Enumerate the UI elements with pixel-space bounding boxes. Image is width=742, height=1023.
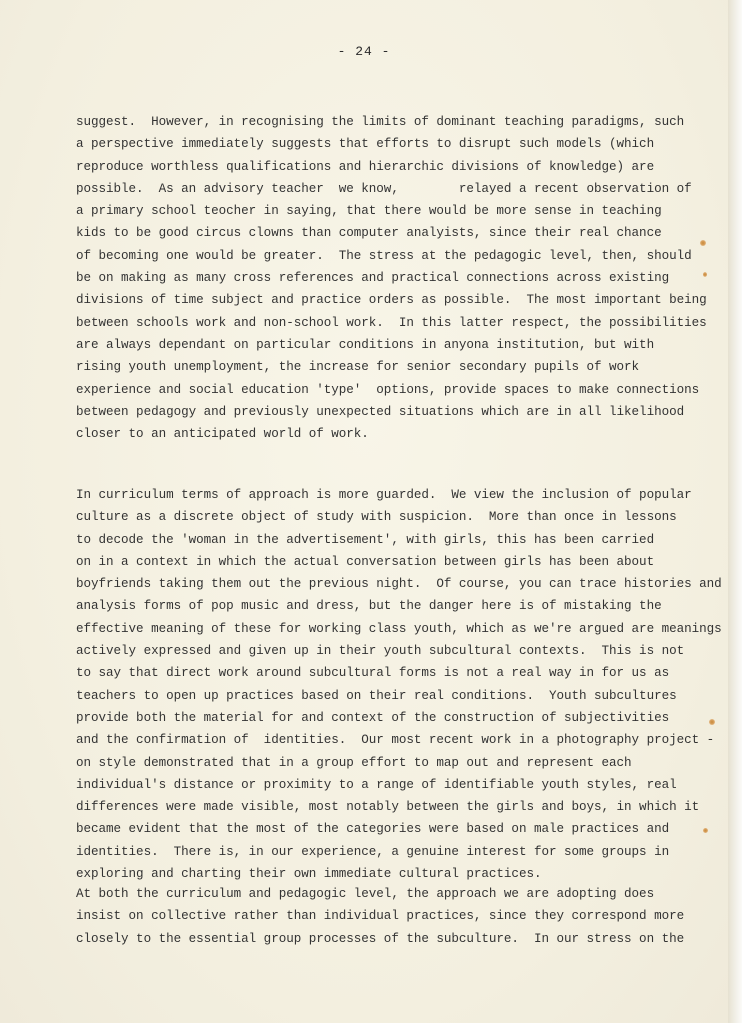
paragraph-1: suggest. However, in recognising the lim… — [76, 111, 716, 445]
text-line: closely to the essential group processes… — [76, 928, 716, 950]
text-line: insist on collective rather than individ… — [76, 905, 716, 927]
text-line: on style demonstrated that in a group ef… — [76, 752, 716, 774]
text-line: differences were made visible, most nota… — [76, 796, 716, 818]
text-line: actively expressed and given up in their… — [76, 640, 716, 662]
text-line: provide both the material for and contex… — [76, 707, 716, 729]
text-line: analysis forms of pop music and dress, b… — [76, 595, 716, 617]
text-line: divisions of time subject and practice o… — [76, 289, 716, 311]
paragraph-2: In curriculum terms of approach is more … — [76, 484, 716, 885]
paper-stain — [709, 719, 715, 725]
text-line: to decode the 'woman in the advertisemen… — [76, 529, 716, 551]
text-line: on in a context in which the actual conv… — [76, 551, 716, 573]
text-line: a primary school teocher in saying, that… — [76, 200, 716, 222]
text-line: a perspective immediately suggests that … — [76, 133, 716, 155]
text-line: to say that direct work around subcultur… — [76, 662, 716, 684]
text-line: reproduce worthless qualifications and h… — [76, 156, 716, 178]
text-line: experience and social education 'type' o… — [76, 379, 716, 401]
paper-stain — [700, 240, 706, 246]
page-number: - 24 - — [0, 44, 728, 59]
text-line: kids to be good circus clowns than compu… — [76, 222, 716, 244]
text-line: are always dependant on particular condi… — [76, 334, 716, 356]
text-line: teachers to open up practices based on t… — [76, 685, 716, 707]
paper-stain — [703, 272, 707, 277]
paragraph-3: At both the curriculum and pedagogic lev… — [76, 883, 716, 950]
text-line: rising youth unemployment, the increase … — [76, 356, 716, 378]
text-line: be on making as many cross references an… — [76, 267, 716, 289]
page-edge — [728, 0, 742, 1023]
text-line: effective meaning of these for working c… — [76, 618, 716, 640]
typewritten-page: - 24 - suggest. However, in recognising … — [0, 0, 728, 1023]
paper-stain — [703, 828, 708, 833]
text-line: possible. As an advisory teacher we know… — [76, 178, 716, 200]
text-line: between pedagogy and previously unexpect… — [76, 401, 716, 423]
text-line: At both the curriculum and pedagogic lev… — [76, 883, 716, 905]
text-line: individual's distance or proximity to a … — [76, 774, 716, 796]
text-line: identities. There is, in our experience,… — [76, 841, 716, 863]
text-line: of becoming one would be greater. The st… — [76, 245, 716, 267]
text-line: and the confirmation of identities. Our … — [76, 729, 716, 751]
text-line: culture as a discrete object of study wi… — [76, 506, 716, 528]
text-line: boyfriends taking them out the previous … — [76, 573, 716, 595]
text-line: exploring and charting their own immedia… — [76, 863, 716, 885]
text-line: closer to an anticipated world of work. — [76, 423, 716, 445]
text-line: between schools work and non-school work… — [76, 312, 716, 334]
text-line: suggest. However, in recognising the lim… — [76, 111, 716, 133]
text-line: became evident that the most of the cate… — [76, 818, 716, 840]
text-line: In curriculum terms of approach is more … — [76, 484, 716, 506]
